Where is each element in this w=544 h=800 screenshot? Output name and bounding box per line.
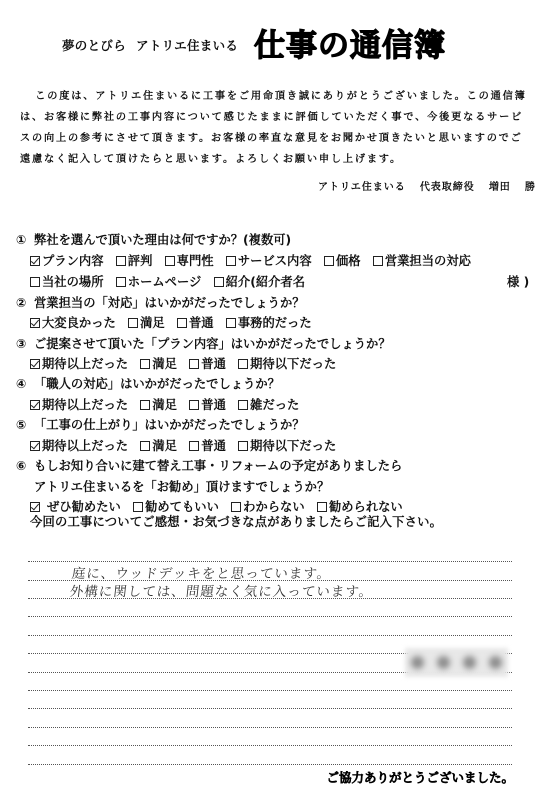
- option-label: 普通: [189, 316, 214, 330]
- question-4: ④「職人の対応」はいかがだったでしょうか？: [16, 374, 280, 392]
- question-6: ⑥もしお知り合いに建て替え工事・リフォームの予定がありましたら: [16, 456, 402, 474]
- dotted-line: [28, 708, 512, 709]
- question-text: 「職人の対応」はいかがだったでしょうか？: [34, 377, 280, 391]
- checkbox-icon[interactable]: [226, 256, 236, 266]
- option-label: 専門性: [177, 254, 214, 268]
- question-text-line-2: アトリエ住まいるを「お勧め」頂けますでしょうか？: [34, 480, 329, 494]
- option-below-expectations[interactable]: 期待以下だった: [238, 436, 336, 454]
- checkbox-icon[interactable]: [238, 441, 248, 451]
- option-sloppy[interactable]: 雑だった: [238, 395, 299, 413]
- option-satisfied[interactable]: 満足: [140, 436, 177, 454]
- checkbox-checked-icon[interactable]: [30, 441, 40, 451]
- dotted-line: [28, 727, 512, 728]
- checkbox-checked-icon[interactable]: [30, 318, 40, 328]
- question-3: ③ご提案させて頂いた「プラン内容」はいかがだったでしょうか？: [16, 334, 391, 352]
- option-label: 期待以下だった: [250, 439, 336, 453]
- comment-heading: 今回の工事についてご感想・お気づきな点がありましたらご記入下さい。: [30, 512, 442, 530]
- option-referral[interactable]: 紹介(紹介者名様 ): [214, 272, 530, 290]
- checkbox-icon[interactable]: [140, 400, 150, 410]
- dotted-line: [28, 764, 512, 765]
- signature-given-name: 勝: [525, 182, 536, 193]
- option-average[interactable]: 普通: [189, 436, 226, 454]
- checkbox-icon[interactable]: [133, 502, 143, 512]
- signature-surname: 増田: [489, 182, 511, 193]
- option-expertise[interactable]: 専門性: [165, 251, 214, 269]
- option-above-expectations[interactable]: 期待以上だった: [30, 354, 128, 372]
- option-label: 満足: [140, 316, 165, 330]
- header-subtitle: 夢のとびらアトリエ住まいる: [62, 36, 248, 54]
- option-label: プラン内容: [42, 254, 104, 268]
- dotted-line: [28, 635, 512, 636]
- checkbox-icon[interactable]: [317, 502, 327, 512]
- dotted-line: [28, 616, 512, 617]
- option-label: ホームページ: [128, 275, 202, 289]
- checkbox-icon[interactable]: [177, 318, 187, 328]
- checkbox-icon[interactable]: [226, 318, 236, 328]
- checkbox-checked-icon[interactable]: [30, 502, 40, 512]
- referrer-suffix: 様 ): [507, 275, 529, 289]
- option-reputation[interactable]: 評判: [116, 251, 153, 269]
- option-average[interactable]: 普通: [189, 354, 226, 372]
- header-subtitle-brand: 夢のとびら: [62, 38, 126, 53]
- option-label: 雑だった: [250, 398, 299, 412]
- checkbox-icon[interactable]: [214, 277, 224, 287]
- option-label: 満足: [152, 439, 177, 453]
- intro-paragraph: この度は、アトリエ住まいるに工事をご用命頂き誠にありがとうございました。この通信…: [20, 86, 530, 170]
- checkbox-icon[interactable]: [128, 318, 138, 328]
- checkbox-icon[interactable]: [165, 256, 175, 266]
- option-label: 大変良かった: [42, 316, 116, 330]
- question-number: ①: [16, 233, 34, 247]
- question-text: 営業担当の「対応」はいかがだったでしょうか？: [34, 296, 305, 310]
- option-label: サービス内容: [238, 254, 312, 268]
- option-label: 評判: [128, 254, 153, 268]
- option-homepage[interactable]: ホームページ: [116, 272, 202, 290]
- checkbox-checked-icon[interactable]: [30, 400, 40, 410]
- question-4-options: 期待以上だった 満足 普通 雑だった: [30, 395, 307, 413]
- question-text: ご提案させて頂いた「プラン内容」はいかがだったでしょうか？: [34, 337, 391, 351]
- checkbox-icon[interactable]: [189, 400, 199, 410]
- dotted-line: [28, 745, 512, 746]
- option-sales-response[interactable]: 営業担当の対応: [373, 251, 471, 269]
- thank-you-message: ご協力ありがとうございました。: [326, 768, 514, 786]
- option-above-expectations[interactable]: 期待以上だった: [30, 395, 128, 413]
- page-title: 仕事の通信簿: [254, 20, 446, 65]
- option-label: 普通: [201, 439, 226, 453]
- question-number: ⑤: [16, 418, 34, 432]
- option-satisfied[interactable]: 満足: [140, 354, 177, 372]
- option-label: 紹介(紹介者名: [226, 275, 305, 289]
- checkbox-icon[interactable]: [373, 256, 383, 266]
- checkbox-icon[interactable]: [189, 441, 199, 451]
- option-satisfied[interactable]: 満足: [140, 395, 177, 413]
- redacted-customer-name: [405, 648, 508, 677]
- checkbox-checked-icon[interactable]: [30, 359, 40, 369]
- option-label: 普通: [201, 357, 226, 371]
- question-number: ②: [16, 296, 34, 310]
- question-6-line-2: アトリエ住まいるを「お勧め」頂けますでしょうか？: [34, 477, 329, 495]
- checkbox-icon[interactable]: [30, 277, 40, 287]
- checkbox-icon[interactable]: [238, 400, 248, 410]
- option-very-good[interactable]: 大変良かった: [30, 313, 116, 331]
- question-5-options: 期待以上だった 満足 普通 期待以下だった: [30, 436, 344, 454]
- checkbox-icon[interactable]: [189, 359, 199, 369]
- question-number: ⑥: [16, 459, 34, 473]
- checkbox-icon[interactable]: [116, 256, 126, 266]
- option-average[interactable]: 普通: [189, 395, 226, 413]
- question-number: ③: [16, 337, 34, 351]
- question-text: もしお知り合いに建て替え工事・リフォームの予定がありましたら: [34, 459, 402, 473]
- option-label: 期待以上だった: [42, 439, 128, 453]
- option-label: 期待以上だった: [42, 398, 128, 412]
- checkbox-icon[interactable]: [140, 359, 150, 369]
- checkbox-icon[interactable]: [324, 256, 334, 266]
- option-label: 普通: [201, 398, 226, 412]
- option-businesslike[interactable]: 事務的だった: [226, 313, 312, 331]
- checkbox-icon[interactable]: [231, 502, 241, 512]
- checkbox-icon[interactable]: [140, 441, 150, 451]
- question-5: ⑤「工事の仕上がり」はいかがだったでしょうか？: [16, 415, 305, 433]
- option-location[interactable]: 当社の場所: [30, 272, 104, 290]
- handwritten-comment-line-1: 庭に、ウッドデッキをと思っています。: [71, 562, 332, 582]
- option-label: 当社の場所: [42, 275, 104, 289]
- option-label: 事務的だった: [238, 316, 312, 330]
- option-above-expectations[interactable]: 期待以上だった: [30, 436, 128, 454]
- question-text: 弊社を選んで頂いた理由は何ですか？(複数可): [34, 233, 291, 247]
- option-label: 満足: [152, 357, 177, 371]
- checkbox-icon[interactable]: [116, 277, 126, 287]
- checkbox-icon[interactable]: [238, 359, 248, 369]
- option-service[interactable]: サービス内容: [226, 251, 312, 269]
- question-2-options: 大変良かった 満足 普通 事務的だった: [30, 313, 320, 331]
- question-2: ②営業担当の「対応」はいかがだったでしょうか？: [16, 293, 305, 311]
- question-3-options: 期待以上だった 満足 普通 期待以下だった: [30, 354, 344, 372]
- signature-role: 代表取締役: [420, 182, 475, 193]
- option-label: 価格: [336, 254, 361, 268]
- option-label: 満足: [152, 398, 177, 412]
- dotted-line: [28, 690, 512, 691]
- option-label: 期待以下だった: [250, 357, 336, 371]
- option-below-expectations[interactable]: 期待以下だった: [238, 354, 336, 372]
- signature-company: アトリエ住まいる: [318, 182, 406, 193]
- question-1-options-row-1: プラン内容 評判 専門性 サービス内容 価格 営業担当の対応: [30, 251, 479, 269]
- question-number: ④: [16, 377, 34, 391]
- intro-text: この度は、アトリエ住まいるに工事をご用命頂き誠にありがとうございました。この通信…: [20, 86, 530, 170]
- question-1-options-row-2: 当社の場所 ホームページ 紹介(紹介者名様 ): [30, 272, 537, 290]
- option-plan[interactable]: プラン内容: [30, 251, 104, 269]
- header-subtitle-company: アトリエ住まいる: [136, 38, 238, 53]
- option-label: 期待以上だった: [42, 357, 128, 371]
- option-price[interactable]: 価格: [324, 251, 361, 269]
- option-label: 営業担当の対応: [385, 254, 471, 268]
- question-1: ①弊社を選んで頂いた理由は何ですか？(複数可): [16, 230, 291, 248]
- signature: アトリエ住まいる代表取締役増田勝: [318, 178, 544, 193]
- question-text: 「工事の仕上がり」はいかがだったでしょうか？: [34, 418, 305, 432]
- option-average[interactable]: 普通: [177, 313, 214, 331]
- checkbox-checked-icon[interactable]: [30, 256, 40, 266]
- option-satisfied[interactable]: 満足: [128, 313, 165, 331]
- handwritten-comment-line-2: 外構に関しては、問題なく気に入っています。: [69, 580, 375, 600]
